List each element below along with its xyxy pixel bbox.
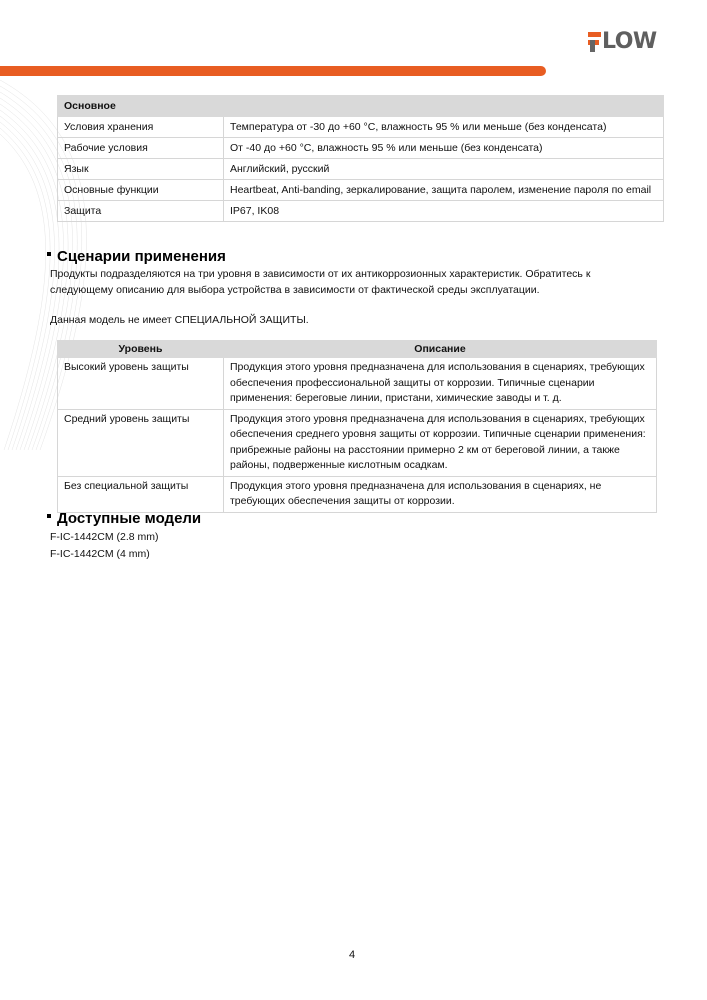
header-accent-bar	[0, 66, 546, 76]
spec-label: Защита	[58, 201, 224, 222]
table-row: Условия хранения Температура от -30 до +…	[58, 117, 664, 138]
spec-value: Температура от -30 до +60 °C, влажность …	[224, 117, 664, 138]
spec-label: Основные функции	[58, 180, 224, 201]
page-number: 4	[349, 949, 355, 961]
spec-label: Условия хранения	[58, 117, 224, 138]
scenarios-note: Данная модель не имеет СПЕЦИАЛЬНОЙ ЗАЩИТ…	[50, 312, 650, 328]
scenarios-intro: Продукты подразделяются на три уровня в …	[50, 266, 650, 298]
table-row: Рабочие условия От -40 до +60 °C, влажно…	[58, 138, 664, 159]
description-cell: Продукция этого уровня предназначена для…	[224, 358, 657, 410]
logo-f-mark-icon	[588, 32, 601, 52]
level-cell: Высокий уровень защиты	[58, 358, 224, 410]
description-cell: Продукция этого уровня предназначена для…	[224, 409, 657, 476]
table-row: Средний уровень защиты Продукция этого у…	[58, 409, 657, 476]
table-row: Без специальной защиты Продукция этого у…	[58, 476, 657, 512]
spec-value: Heartbeat, Anti-banding, зеркалирование,…	[224, 180, 664, 201]
square-bullet-icon	[47, 514, 51, 518]
column-header-level: Уровень	[58, 341, 224, 358]
specs-table-header: Основное	[58, 96, 664, 117]
table-row: Высокий уровень защиты Продукция этого у…	[58, 358, 657, 410]
document-page: LOW Основное Условия хранения Температур…	[0, 0, 707, 1000]
section-title-text: Доступные модели	[57, 510, 201, 527]
section-title-text: Сценарии применения	[57, 248, 226, 265]
specs-table: Основное Условия хранения Температура от…	[57, 95, 664, 222]
level-cell: Средний уровень защиты	[58, 409, 224, 476]
table-row: Основные функции Heartbeat, Anti-banding…	[58, 180, 664, 201]
specs-header-label: Основное	[58, 96, 224, 117]
table-row: Язык Английский, русский	[58, 159, 664, 180]
spec-label: Язык	[58, 159, 224, 180]
logo-text: LOW	[602, 32, 657, 52]
column-header-description: Описание	[224, 341, 657, 358]
spec-value: IP67, IK08	[224, 201, 664, 222]
section-title-models: Доступные модели	[47, 510, 201, 527]
section-title-scenarios: Сценарии применения	[47, 248, 226, 265]
spec-value: От -40 до +60 °C, влажность 95 % или мен…	[224, 138, 664, 159]
square-bullet-icon	[47, 252, 51, 256]
protection-levels-table: Уровень Описание Высокий уровень защиты …	[57, 340, 657, 513]
protection-table-header: Уровень Описание	[58, 341, 657, 358]
specs-header-value	[224, 96, 664, 117]
model-item: F-IC-1442CM (4 mm)	[50, 546, 150, 562]
model-item: F-IC-1442CM (2.8 mm)	[50, 529, 159, 545]
spec-value: Английский, русский	[224, 159, 664, 180]
level-cell: Без специальной защиты	[58, 476, 224, 512]
flow-logo: LOW	[588, 31, 657, 53]
description-cell: Продукция этого уровня предназначена для…	[224, 476, 657, 512]
table-row: Защита IP67, IK08	[58, 201, 664, 222]
spec-label: Рабочие условия	[58, 138, 224, 159]
